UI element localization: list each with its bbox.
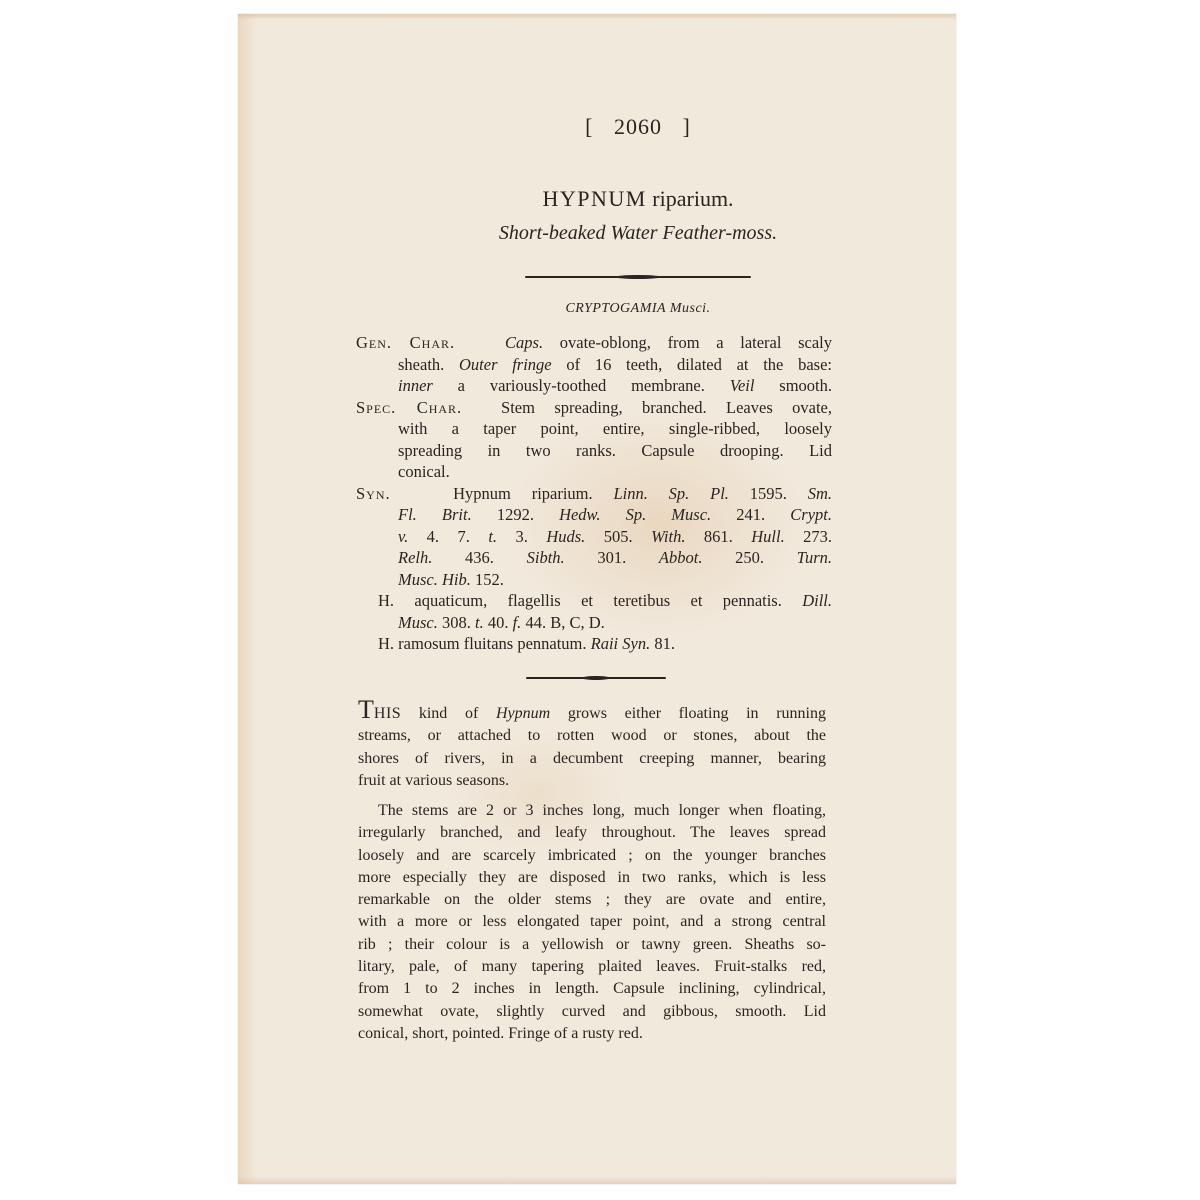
common-name: Short-beaked Water Feather-moss. (238, 222, 1038, 245)
text-italic: Crypt. (790, 505, 832, 524)
text-italic: Hypnum (496, 705, 550, 722)
text-italic: Caps. (505, 333, 543, 352)
character-block: Gen. Char. Caps. ovate-oblong, from a la… (356, 332, 832, 655)
para2-line-5: remarkable on the older stems ; they are… (358, 889, 826, 911)
text-italic: inner (398, 376, 433, 395)
syn-line-5: Musc. Hib. 152. (356, 569, 832, 591)
text: Hypnum riparium. (453, 484, 613, 503)
text-italic: Relh. (398, 548, 432, 567)
ornamental-rule-middle (526, 677, 666, 679)
species-name: riparium. (652, 186, 733, 211)
bracket-close: ] (683, 114, 691, 139)
gen-char-label: Gen. Char. (356, 333, 455, 352)
text: 308. (438, 613, 475, 632)
ornamental-rule-top (525, 276, 751, 278)
text: H. aquaticum, flagellis et teretibus et … (378, 591, 802, 610)
bracket-open: [ (585, 114, 593, 139)
para2-line-7: rib ; their colour is a yellowish or taw… (358, 934, 826, 956)
para2-line-4: more especially they are disposed in two… (358, 867, 826, 889)
description-paragraph-1: THIS kind of Hypnum grows either floatin… (358, 702, 826, 792)
text-italic: Musc. Hib. (398, 570, 471, 589)
syn-line-4: Relh. 436. Sibth. 301. Abbot. 250. Turn. (356, 547, 832, 569)
text: 273. (785, 527, 832, 546)
text: 152. (471, 570, 504, 589)
text: sheath. (398, 355, 459, 374)
text: 3. (497, 527, 546, 546)
para2-line-6: with a more or less elongated taper poin… (358, 911, 826, 933)
spec-char-line-3: spreading in two ranks. Capsule drooping… (356, 440, 832, 462)
para2-line-2: irregularly branched, and leafy througho… (358, 822, 826, 844)
para2-line-10: somewhat ovate, slightly curved and gibb… (358, 1001, 826, 1023)
text-italic: Huds. (546, 527, 585, 546)
gen-char-line-3: inner a variously-toothed membrane. Veil… (356, 375, 832, 397)
spec-char-line-2: with a taper point, entire, single-ribbe… (356, 418, 832, 440)
syn-line-2: Fl. Brit. 1292. Hedw. Sp. Musc. 241. Cry… (356, 504, 832, 526)
para2-line-11: conical, short, pointed. Fringe of a rus… (358, 1023, 826, 1045)
para2-line-3: loosely and are scarcely imbricated ; on… (358, 845, 826, 867)
text: kind of (401, 705, 496, 722)
para1-line-4: fruit at various seasons. (358, 770, 826, 792)
para2-line-9: from 1 to 2 inches in length. Capsule in… (358, 978, 826, 1000)
small-caps: HIS (374, 705, 401, 722)
text: a variously-toothed membrane. (433, 376, 730, 395)
text-italic: With. (651, 527, 685, 546)
syn-label: Syn. (356, 484, 391, 503)
text-italic: Outer fringe (459, 355, 552, 374)
classification: CRYPTOGAMIA Musci. (238, 301, 1038, 317)
text-italic: Musc. (398, 613, 438, 632)
syn-other-1-line-1: H. aquaticum, flagellis et teretibus et … (356, 590, 832, 612)
para1-line-2: streams, or attached to rotten wood or s… (358, 725, 826, 747)
text: 436. (432, 548, 526, 567)
text-italic: Hedw. Sp. Musc. (559, 505, 711, 524)
syn-other-1-line-2: Musc. 308. t. 40. f. 44. B, C, D. (356, 612, 832, 634)
gen-char-line-2: sheath. Outer fringe of 16 teeth, dilate… (356, 354, 832, 376)
text: 301. (565, 548, 659, 567)
text: 44. B, C, D. (521, 613, 604, 632)
para1-line-3: shores of rivers, in a decumbent creepin… (358, 748, 826, 770)
gen-char-line-1: Gen. Char. Caps. ovate-oblong, from a la… (356, 332, 832, 354)
text: 1595. (729, 484, 808, 503)
book-page: [ 2060 ] HYPNUM riparium. Short-beaked W… (238, 14, 956, 1184)
text-italic: Sm. (808, 484, 832, 503)
text-italic: Abbot. (659, 548, 703, 567)
text: 1292. (472, 505, 559, 524)
description-paragraph-2: The stems are 2 or 3 inches long, much l… (358, 800, 826, 1045)
text: H. ramosum fluitans pennatum. (378, 634, 591, 653)
para1-line-1: THIS kind of Hypnum grows either floatin… (358, 702, 826, 725)
drop-cap: T (358, 695, 374, 724)
text-italic: Sibth. (527, 548, 565, 567)
text: 241. (711, 505, 790, 524)
page-number-value: 2060 (614, 114, 662, 139)
text-italic: Veil (730, 376, 755, 395)
syn-other-2-line-1: H. ramosum fluitans pennatum. Raii Syn. … (356, 633, 832, 655)
text-italic: Linn. Sp. Pl. (613, 484, 728, 503)
text: 81. (650, 634, 675, 653)
spec-char-line-1: Spec. Char. Stem spreading, branched. Le… (356, 397, 832, 419)
text-italic: Dill. (802, 591, 832, 610)
species-title: HYPNUM riparium. (238, 186, 1038, 212)
text-italic: Turn. (797, 548, 832, 567)
text: smooth. (754, 376, 832, 395)
spec-char-label: Spec. Char. (356, 398, 462, 417)
text-italic: v. (398, 527, 408, 546)
para2-line-1: The stems are 2 or 3 inches long, much l… (358, 800, 826, 822)
text: 4. 7. (408, 527, 488, 546)
text: ovate-oblong, from a lateral scaly (543, 333, 832, 352)
text: of 16 teeth, dilated at the base: (552, 355, 832, 374)
syn-line-3: v. 4. 7. t. 3. Huds. 505. With. 861. Hul… (356, 526, 832, 548)
text: 505. (585, 527, 651, 546)
text-italic: t. (475, 613, 484, 632)
text: Stem spreading, branched. Leaves ovate, (501, 398, 832, 417)
text-italic: Fl. Brit. (398, 505, 472, 524)
syn-line-1: Syn. Hypnum riparium. Linn. Sp. Pl. 1595… (356, 483, 832, 505)
text-italic: f. (513, 613, 522, 632)
para2-line-8: litary, pale, of many tapering plaited l… (358, 956, 826, 978)
spec-char-line-4: conical. (356, 461, 832, 483)
page-number: [ 2060 ] (238, 114, 1038, 140)
text-italic: Raii Syn. (591, 634, 651, 653)
text: 861. (685, 527, 751, 546)
genus-name: HYPNUM (542, 186, 646, 211)
text: 40. (484, 613, 513, 632)
text: grows either floating in running (550, 705, 826, 722)
text: 250. (702, 548, 796, 567)
text-italic: Hull. (751, 527, 784, 546)
text-italic: t. (488, 527, 497, 546)
